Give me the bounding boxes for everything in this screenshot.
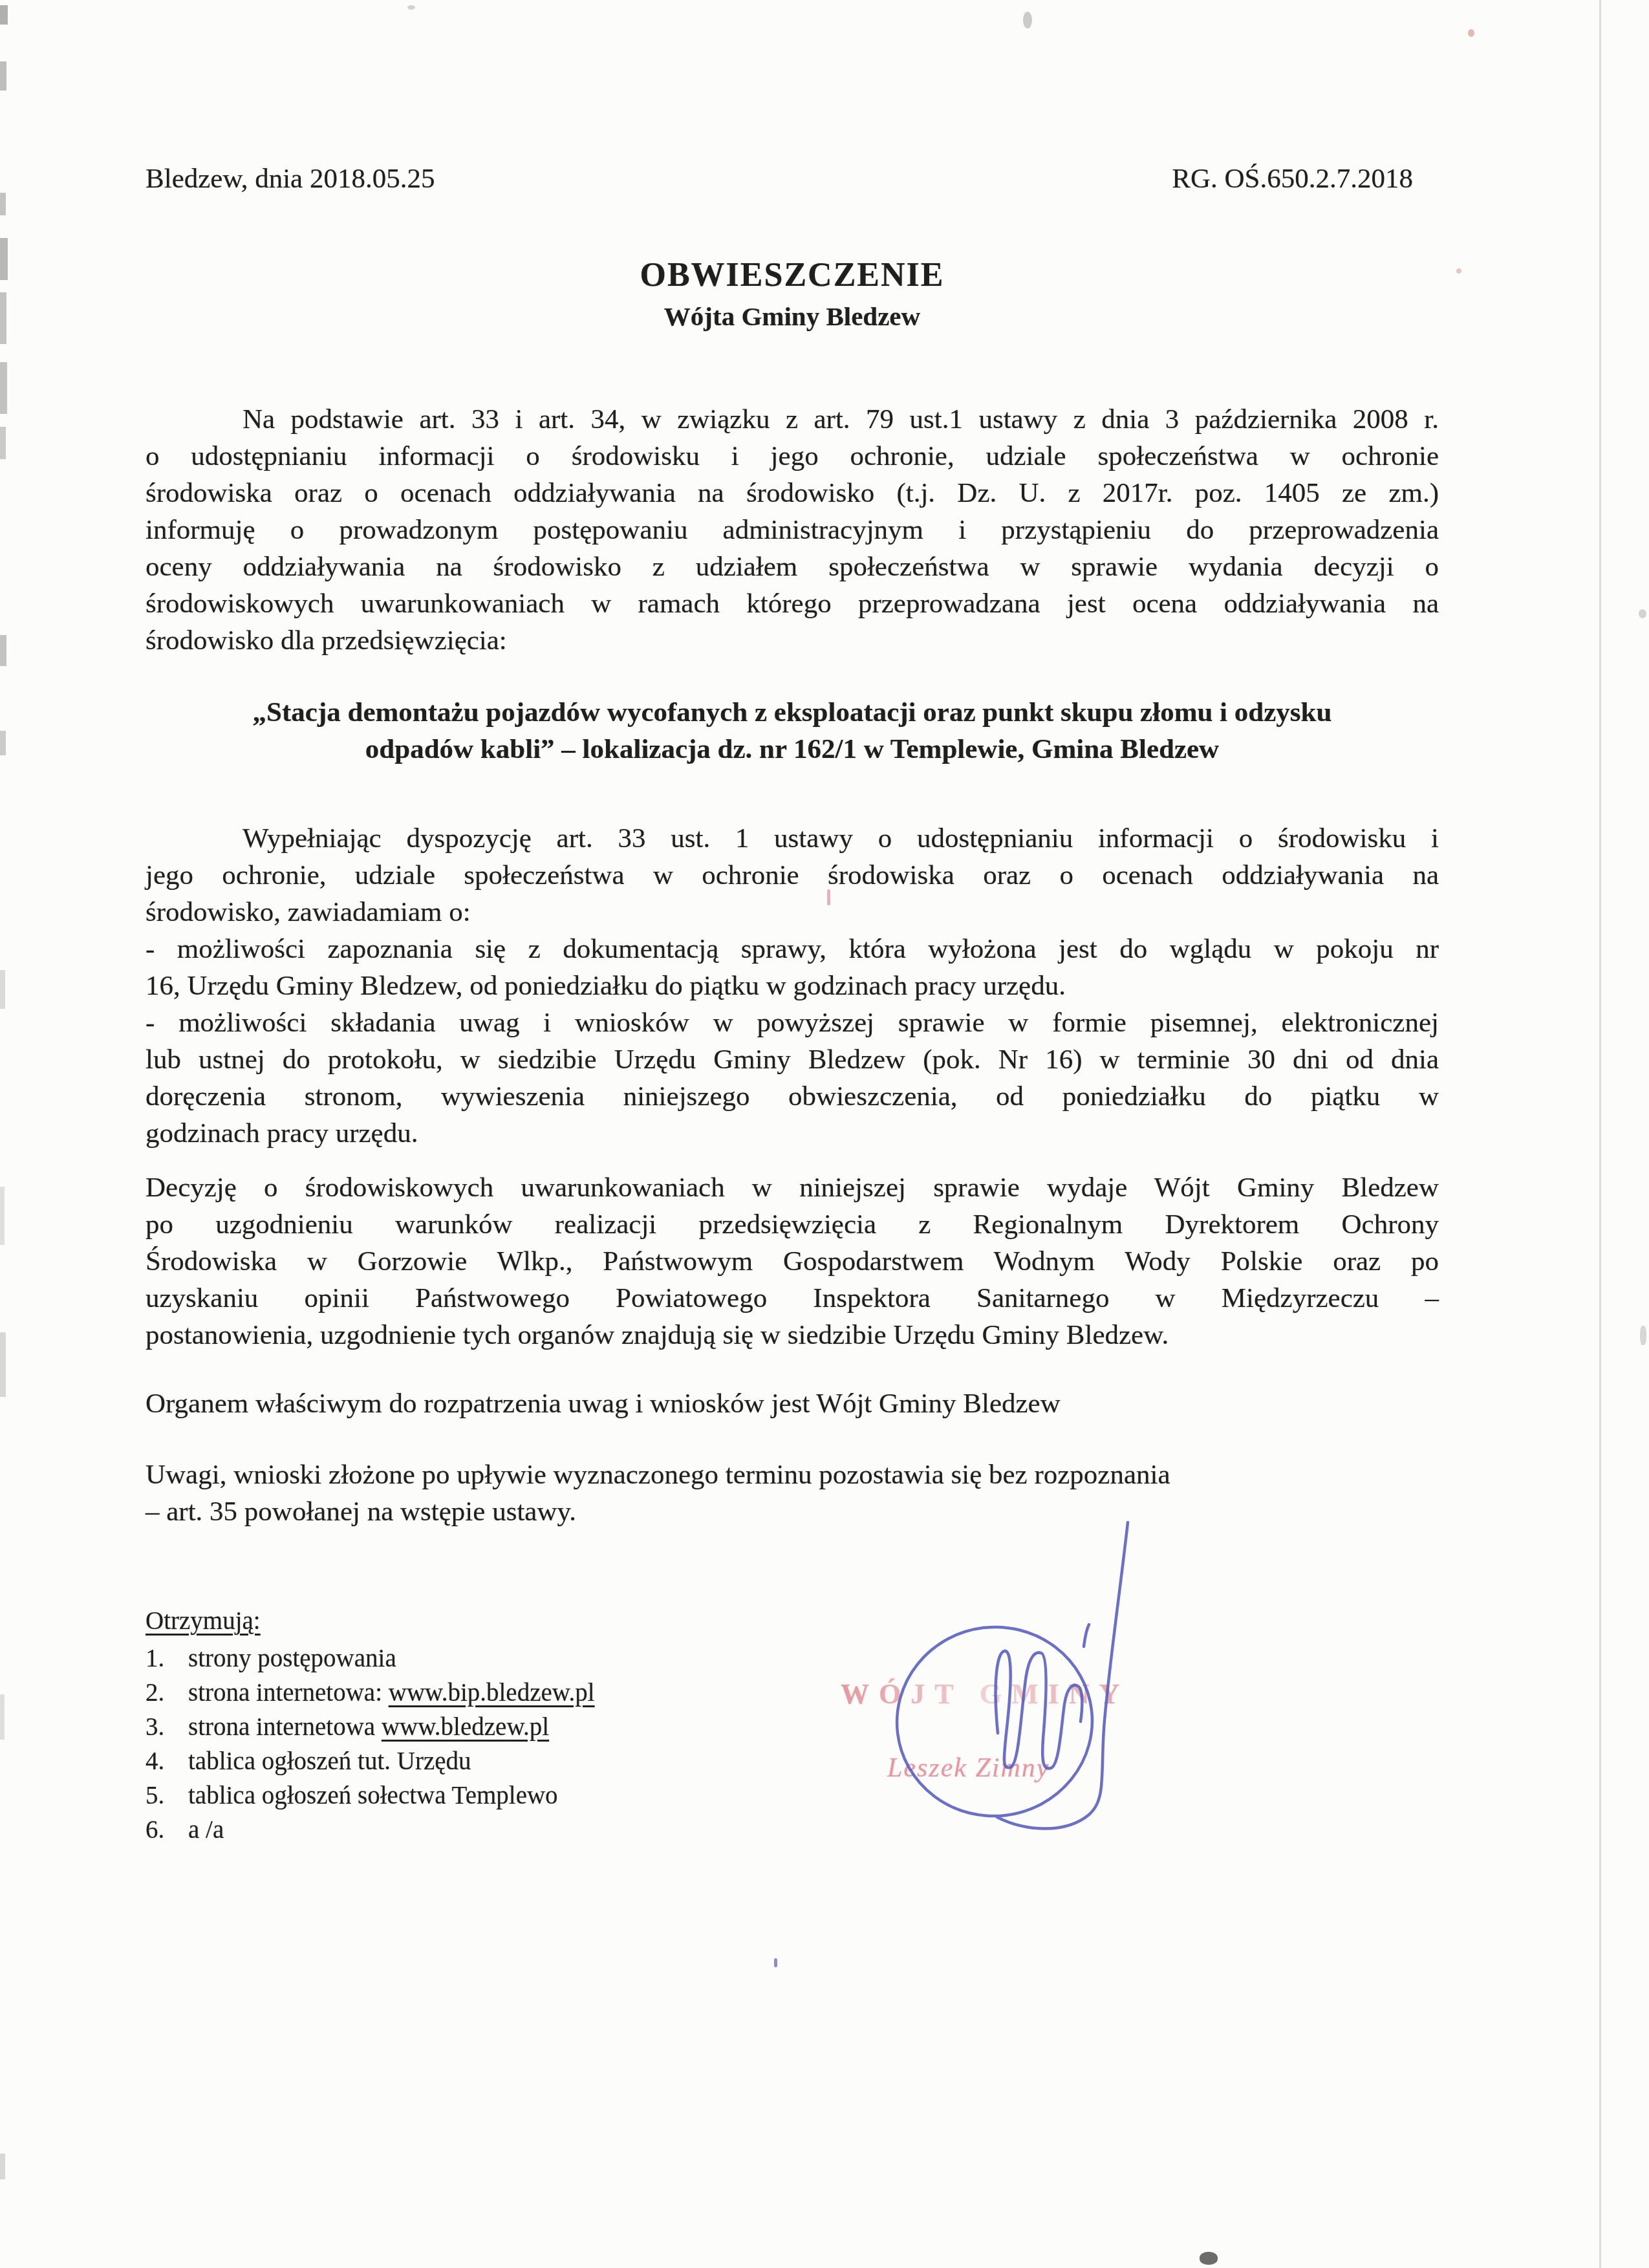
recipient-text: strony postępowania	[188, 1641, 396, 1676]
scan-speck	[1200, 2252, 1218, 2265]
scan-edge-mark	[0, 635, 6, 666]
paragraph-notice-intro: Wypełniając dyspozycję art. 33 ust. 1 us…	[145, 820, 1439, 931]
recipient-number: 3.	[145, 1710, 188, 1744]
scan-edge-line	[1599, 0, 1601, 2268]
scan-edge-mark	[0, 2154, 5, 2179]
text-line: Wypełniając dyspozycję art. 33 ust. 1 us…	[145, 820, 1439, 857]
scan-edge-mark	[0, 970, 5, 1009]
text-line: uzyskaniu opinii Państwowego Powiatowego…	[145, 1280, 1439, 1317]
scan-speck	[1640, 1326, 1646, 1345]
scan-edge-mark	[0, 193, 6, 215]
text-line: odpadów kabli” – lokalizacja dz. nr 162/…	[145, 731, 1439, 768]
recipients-header: Otrzymują:	[145, 1606, 261, 1636]
text-line: oceny oddziaływania na środowisko z udzi…	[145, 548, 1439, 585]
scanned-document-page: Bledzew, dnia 2018.05.25 RG. OŚ.650.2.7.…	[0, 0, 1649, 2268]
recipient-text-prefix: strona internetowa:	[188, 1679, 389, 1707]
text-line: Środowiska w Gorzowie Wlkp., Państwowym …	[145, 1243, 1439, 1280]
text-line: - możliwości zapoznania się z dokumentac…	[145, 931, 1439, 967]
scan-edge-mark	[0, 362, 7, 414]
scan-edge-mark	[0, 731, 6, 755]
scan-speck	[1023, 12, 1032, 28]
scan-edge-mark	[0, 238, 8, 280]
paragraph-deadline: Uwagi, wnioski złożone po upływie wyznac…	[145, 1456, 1439, 1530]
scan-edge-mark	[0, 5, 8, 25]
text-line: środowiskowych uwarunkowaniach w ramach …	[145, 585, 1439, 622]
recipient-text: strona internetowa www.bledzew.pl	[188, 1710, 549, 1744]
recipient-text: tablica ogłoszeń sołectwa Templewo	[188, 1778, 558, 1813]
place-date: Bledzew, dnia 2018.05.25	[145, 163, 435, 195]
title-block: OBWIESZCZENIE Wójta Gminy Bledzew	[145, 256, 1439, 332]
text-line: Decyzję o środowiskowych uwarunkowaniach…	[145, 1169, 1439, 1206]
text-line: postanowienia, uzgodnienie tych organów …	[145, 1317, 1439, 1354]
signature-scribble	[996, 1651, 1083, 1769]
text-line: informuję o prowadzonym postępowaniu adm…	[145, 512, 1439, 548]
recipient-item: 1. strony postępowania	[145, 1641, 857, 1676]
recipient-number: 4.	[145, 1744, 188, 1778]
recipient-item: 2. strona internetowa: www.bip.bledzew.p…	[145, 1676, 857, 1710]
text-line: 16, Urzędu Gminy Bledzew, od poniedziałk…	[145, 967, 1439, 1004]
paragraph-decision-info: Decyzję o środowiskowych uwarunkowaniach…	[145, 1169, 1439, 1354]
text-line: godzinach pracy urzędu.	[145, 1115, 1439, 1152]
recipient-text: a /a	[188, 1813, 224, 1847]
handwritten-signature	[828, 1513, 1164, 1850]
signature-oval-loop	[886, 1616, 1103, 1828]
document-subtitle: Wójta Gminy Bledzew	[145, 301, 1439, 332]
scan-speck	[1456, 268, 1461, 274]
recipient-number: 2.	[145, 1676, 188, 1710]
recipient-link[interactable]: www.bledzew.pl	[382, 1713, 549, 1741]
scan-edge-mark	[0, 1694, 5, 1740]
text-line: środowisko dla przedsięwzięcia:	[145, 622, 1439, 659]
recipient-item: 6. a /a	[145, 1813, 857, 1847]
paragraph-comments-info: - możliwości składania uwag i wniosków w…	[145, 1004, 1439, 1152]
recipient-item: 4. tablica ogłoszeń tut. Urzędu	[145, 1744, 857, 1778]
recipients-label: Otrzymują:	[145, 1607, 261, 1635]
recipient-text-prefix: strona internetowa	[188, 1713, 382, 1741]
text-line: Organem właściwym do rozpatrzenia uwag i…	[145, 1385, 1439, 1422]
recipient-text: strona internetowa: www.bip.bledzew.pl	[188, 1676, 595, 1710]
ink-fleck	[774, 1958, 777, 1967]
text-line: „Stacja demontażu pojazdów wycofanych z …	[145, 694, 1439, 731]
recipient-number: 1.	[145, 1641, 188, 1676]
scan-speck	[1639, 609, 1646, 618]
recipient-number: 6.	[145, 1813, 188, 1847]
scan-speck	[407, 5, 415, 10]
paragraph-legal-basis: Na podstawie art. 33 i art. 34, w związk…	[145, 401, 1439, 659]
text-line: po uzgodnieniu warunków realizacji przed…	[145, 1206, 1439, 1243]
text-line: środowisko, zawiadamiam o:	[145, 894, 1439, 931]
scan-edge-mark	[0, 61, 6, 91]
scan-edge-mark	[0, 1332, 6, 1397]
document-title: OBWIESZCZENIE	[145, 256, 1439, 294]
scan-edge-mark	[0, 1187, 5, 1245]
project-title-heading: „Stacja demontażu pojazdów wycofanych z …	[145, 694, 1439, 768]
scan-edge-mark	[0, 427, 6, 459]
recipient-link[interactable]: www.bip.bledzew.pl	[389, 1679, 595, 1707]
text-line: o udostępnianiu informacji o środowisku …	[145, 438, 1439, 475]
text-line: Uwagi, wnioski złożone po upływie wyznac…	[145, 1456, 1439, 1493]
text-line: jego ochronie, udziale społeczeństwa w o…	[145, 857, 1439, 894]
text-line: - możliwości składania uwag i wniosków w…	[145, 1004, 1439, 1041]
recipient-number: 5.	[145, 1778, 188, 1813]
text-line: doręczenia stronom, wywieszenia niniejsz…	[145, 1078, 1439, 1115]
recipient-item: 5. tablica ogłoszeń sołectwa Templewo	[145, 1778, 857, 1813]
reference-number: RG. OŚ.650.2.7.2018	[1172, 163, 1413, 195]
scan-speck	[1468, 29, 1474, 37]
signature-long-stroke	[997, 1522, 1128, 1829]
text-line: lub ustnej do protokołu, w siedzibie Urz…	[145, 1041, 1439, 1078]
text-line: Na podstawie art. 33 i art. 34, w związk…	[145, 401, 1439, 438]
scan-edge-mark	[0, 292, 6, 344]
document-header: Bledzew, dnia 2018.05.25 RG. OŚ.650.2.7.…	[145, 163, 1413, 195]
text-line: środowiska oraz o ocenach oddziaływania …	[145, 475, 1439, 512]
recipient-text: tablica ogłoszeń tut. Urzędu	[188, 1744, 471, 1778]
paragraph-authority: Organem właściwym do rozpatrzenia uwag i…	[145, 1385, 1439, 1422]
paragraph-inspection-info: - możliwości zapoznania się z dokumentac…	[145, 931, 1439, 1004]
recipients-list: 1. strony postępowania 2. strona interne…	[145, 1641, 857, 1847]
text-line: – art. 35 powołanej na wstępie ustawy.	[145, 1493, 1439, 1530]
recipient-item: 3. strona internetowa www.bledzew.pl	[145, 1710, 857, 1744]
signature-tick	[1084, 1625, 1089, 1647]
